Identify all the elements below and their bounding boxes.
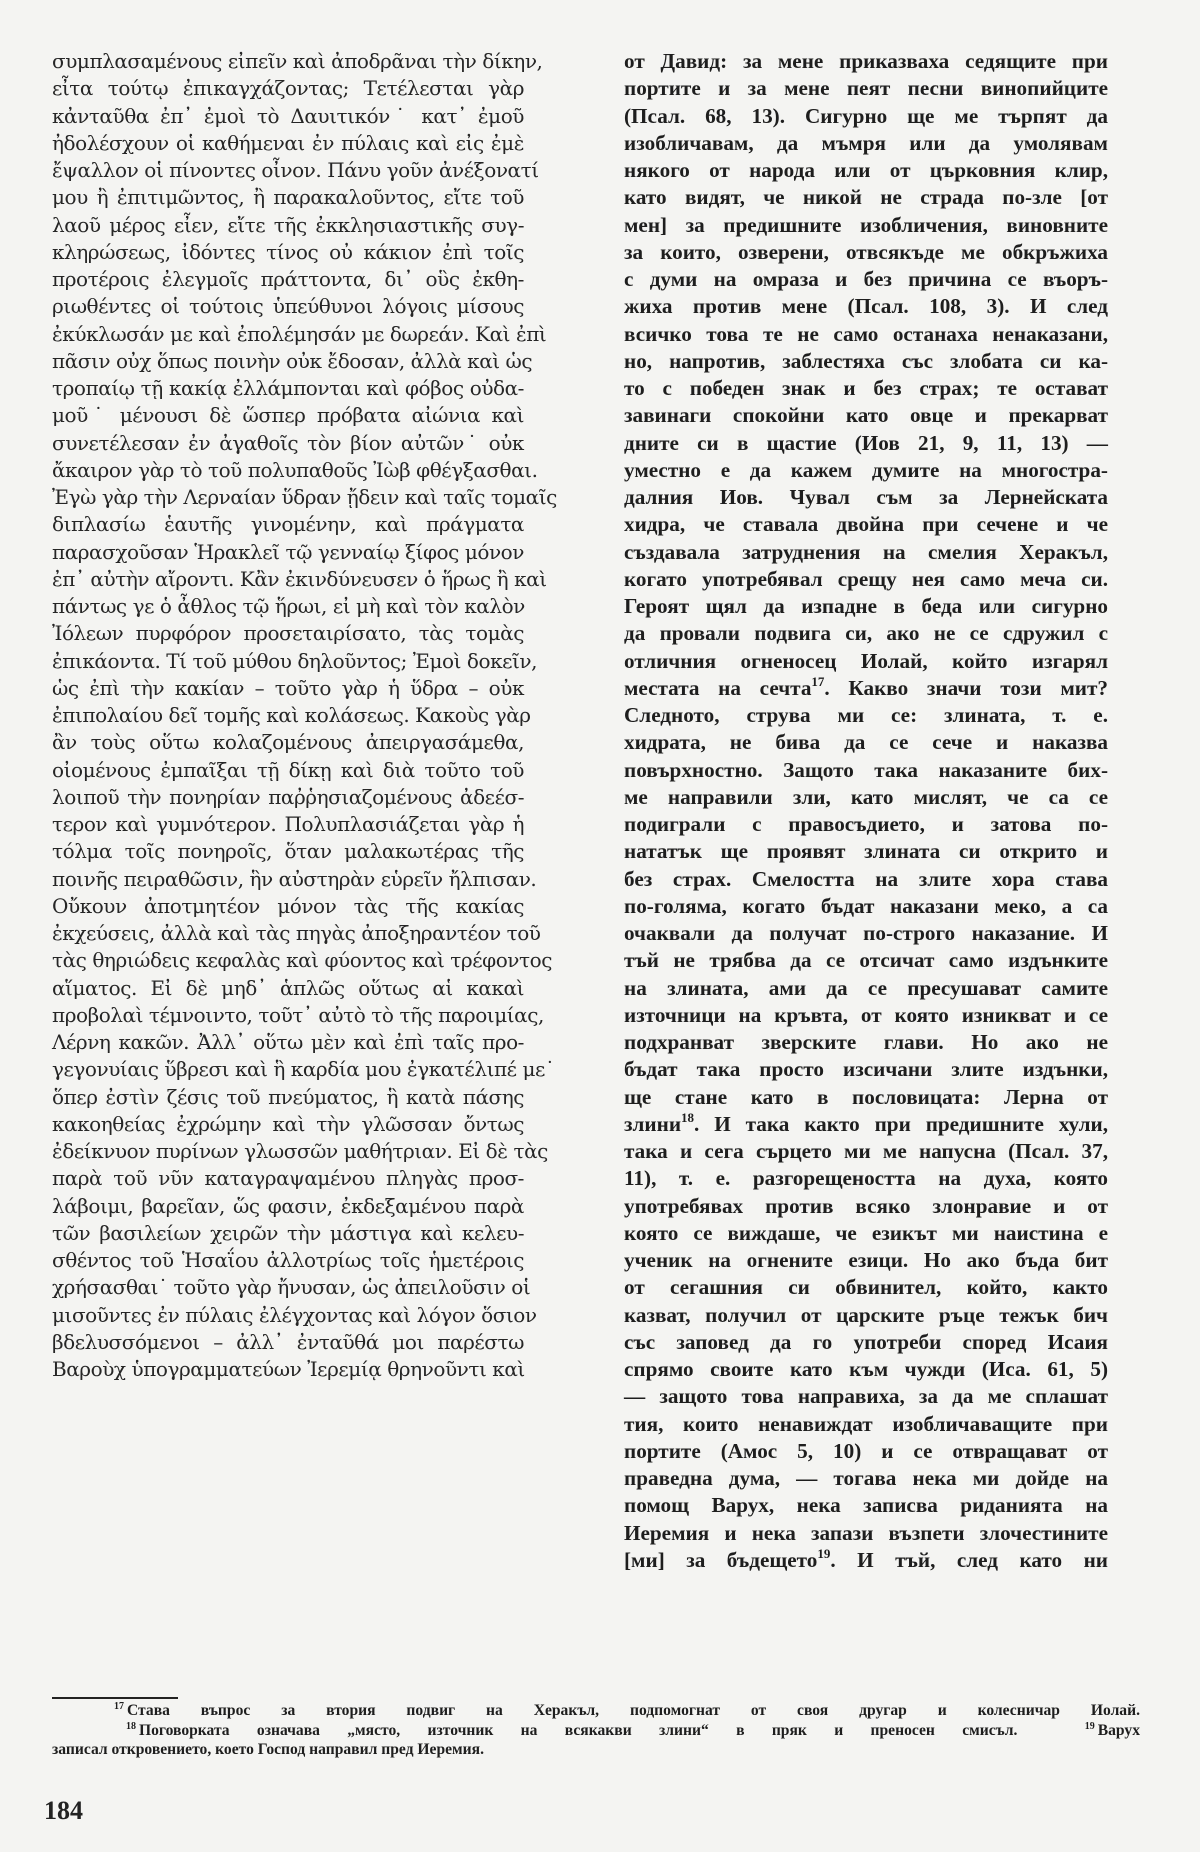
text-line: създавала затруднения на смелия Херакъл,: [624, 539, 1108, 566]
text-line: така и сега сърцето ми ме напусна (Псал.…: [624, 1138, 1108, 1165]
text-line: подхранват зверските глави. Но ако не: [624, 1029, 1108, 1056]
footnote-number: 18: [126, 1721, 136, 1732]
text-line: συμπλασαμένους εἰπεῖν καὶ ἀποδρᾶναι τὴν …: [52, 48, 524, 75]
text-line: λάβοιμι, βαρεῖαν, ὥς φασιν, ἐκδεξαμένου …: [52, 1193, 524, 1220]
text-line: дните си в щастие (Иов 21, 9, 11, 13) —: [624, 430, 1108, 457]
text-line: със заповед да го употреби според Исаия: [624, 1329, 1108, 1356]
footnote-19-continuation: записал откровението, което Господ напра…: [52, 1740, 1140, 1760]
text-line: τὰς θηριώδεις κεφαλὰς καὶ φύοντος καὶ τρ…: [52, 947, 524, 974]
text-line: употребявах против всяко злонравие и от: [624, 1193, 1108, 1220]
text-line: κληρώσεως, ἰδόντες τίνος οὐ κάκιον ἐπὶ τ…: [52, 239, 524, 266]
text-line: συνετέλεσαν ἐν ἀγαθοῖς τὸν βίον αὐτῶν˙ ο…: [52, 430, 524, 457]
footnote-text: Става въпрос за втория подвиг на Херакъл…: [127, 1702, 1140, 1719]
text-line: 11), т. е. разгорещеността на духа, коят…: [624, 1165, 1108, 1192]
text-fragment: . И тъй, след като ни: [830, 1548, 1108, 1572]
text-line: като видят, че никой не страда по-зле [о…: [624, 184, 1108, 211]
text-line: по-голяма, когато бъдат наказани меко, а…: [624, 893, 1108, 920]
text-line: Βαροὺχ ὑπογραμματεύων Ἰερεμίᾳ θρηνοῦντι …: [52, 1356, 524, 1383]
text-line: μου ἢ ἐπιτιμῶντος, ἢ παρακαλοῦντος, εἴτε…: [52, 184, 524, 211]
text-line: без страх. Смелостта на злите хора става: [624, 866, 1108, 893]
text-line: ὡς ἐπὶ τὴν κακίαν – τοῦτο γὰρ ἡ ὕδρα – ο…: [52, 675, 524, 702]
text-line: спрямо своите като към чужди (Иса. 61, 5…: [624, 1356, 1108, 1383]
text-line: ριωθέντες οἱ τούτοις ὑπεύθυνοι λόγοις μί…: [52, 293, 524, 320]
text-fragment: местата на сечта: [624, 676, 811, 700]
text-line: завинаги спокойни като овце и прекарват: [624, 402, 1108, 429]
text-line: τόλμα τοῖς πονηροῖς, ὅταν μαλακωτέρας τῆ…: [52, 838, 524, 865]
footnote-separator-rule: [52, 1697, 178, 1699]
text-line: източници на кръвта, от която изникват и…: [624, 1002, 1108, 1029]
text-line: ἐπικάοντα. Τί τοῦ μύθου δηλοῦντος; Ἐμοὶ …: [52, 648, 524, 675]
text-line: жиха против мене (Псал. 108, 3). И след: [624, 293, 1108, 320]
text-line: ἐκχεύσεις, ἀλλὰ καὶ τὰς πηγὰς ἀποξηραντέ…: [52, 920, 524, 947]
text-line: казват, получил от царските ръце тежък б…: [624, 1302, 1108, 1329]
greek-text-column: συμπλασαμένους εἰπεῖν καὶ ἀποδρᾶναι τὴν …: [52, 48, 524, 1383]
text-line: уместно е да кажем думите на многостра-: [624, 457, 1108, 484]
footnote-number: 19: [1085, 1721, 1095, 1732]
text-line: Ἰόλεων πυρφόρον προσεταιρίσατο, τὰς τομὰ…: [52, 620, 524, 647]
text-line: когато употребявал срещу нея само меча с…: [624, 566, 1108, 593]
text-line: праведна дума, — тогава нека ми дойде на: [624, 1465, 1108, 1492]
text-line: от сегашния си обвинител, който, както: [624, 1274, 1108, 1301]
text-line: на злината, ами да се пресушават самите: [624, 975, 1108, 1002]
text-line: ме направили зли, като мислят, че са се: [624, 784, 1108, 811]
text-line: λοιποῦ τὴν πονηρίαν παῤῥησιαζομένους ἀδε…: [52, 784, 524, 811]
text-line: подиграли с правосъдието, и затова по-: [624, 811, 1108, 838]
text-line: μισοῦντες ἐν πύλαις ἐλέγχοντας καὶ λόγον…: [52, 1302, 524, 1329]
text-line: ἐπ᾽ αὐτὴν αἴροντι. Κἂν ἐκινδύνευσεν ὁ ἥρ…: [52, 566, 524, 593]
footnote-text: Варух: [1098, 1722, 1140, 1739]
text-line: Иеремия и нека запази възпети злочестини…: [624, 1520, 1108, 1547]
text-line: ἔψαλλον οἱ πίνοντες οἶνον. Πάνυ γοῦν ἀνέ…: [52, 157, 524, 184]
text-line: πᾶσιν οὐχ ὅπως ποινὴν οὐκ ἔδοσαν, ἀλλὰ κ…: [52, 348, 524, 375]
text-line: но, напротив, заблестяха със злобата си …: [624, 348, 1108, 375]
text-line: повърхностно. Защото така наказаните бих…: [624, 757, 1108, 784]
text-line: κἀνταῦθα ἐπ᾽ ἐμοὶ τὸ Δαυιτικόν˙ κατ᾽ ἐμο…: [52, 103, 524, 130]
text-fragment: . Какво значи този мит?: [824, 676, 1108, 700]
text-line: χρήσασθαι˙ τοῦτο γὰρ ἤνυσαν, ὡς ἀπειλοῦσ…: [52, 1274, 524, 1301]
text-line: Ἐγὼ γὰρ τὴν Λερναίαν ὕδραν ᾔδειν καὶ ταῖ…: [52, 484, 524, 511]
bulgarian-translation-column: от Давид: за мене приказваха седящите пр…: [624, 48, 1108, 1574]
text-line: портите (Амос 5, 10) и се отвращават от: [624, 1438, 1108, 1465]
text-line: μοῦ˙ μένουσι δὲ ὥσπερ πρόβατα αἰώνια καὶ: [52, 402, 524, 429]
text-line: Λέρνη κακῶν. Ἀλλ᾽ οὕτω μὲν καὶ ἐπὶ ταῖς …: [52, 1029, 524, 1056]
text-line: ποινῆς πειραθῶσιν, ἣν αὐστηρὰν εὑρεῖν ἤλ…: [52, 866, 524, 893]
text-line: γεγονυίαις ὕβρεσι καὶ ἣ καρδία μου ἐγκατ…: [52, 1056, 524, 1083]
footnote-17: 17Става въпрос за втория подвиг на Херак…: [52, 1701, 1140, 1721]
text-line: παρὰ τοῦ νῦν καταγραψαμένου πληγὰς προσ-: [52, 1165, 524, 1192]
text-line: отличния огненосец Иолай, който изгарял: [624, 648, 1108, 675]
text-line: с думи на омраза и без причина се въоръ-: [624, 266, 1108, 293]
text-line: хидрата, не бива да се сече и наказва: [624, 729, 1108, 756]
text-line: κακοηθείας ἐχρώμην καὶ τὴν γλῶσσαν ὄντως: [52, 1111, 524, 1138]
text-line: Следното, струва ми се: злината, т. е.: [624, 702, 1108, 729]
footnote-18-19-line: 18Поговорката означава „място, източник …: [52, 1721, 1140, 1741]
text-fragment: злини: [624, 1112, 681, 1136]
text-line: λαοῦ μέρος εἶεν, εἴτε τῆς ἐκκλησιαστικῆς…: [52, 212, 524, 239]
book-page: συμπλασαμένους εἰπεῖν καὶ ἀποδρᾶναι τὴν …: [0, 0, 1200, 1852]
footnotes-block: 17Става въпрос за втория подвиг на Херак…: [52, 1701, 1140, 1760]
footnote-reference[interactable]: 17: [811, 674, 824, 689]
text-line: за които, озверени, отвсякъде ме обкръжи…: [624, 239, 1108, 266]
text-line: тия, които ненавиждат изобличаващите при: [624, 1411, 1108, 1438]
text-line: παρασχοῦσαν Ἡρακλεῖ τῷ γενναίῳ ξίφος μόν…: [52, 539, 524, 566]
text-line: διπλασίω ἑαυτῆς γινομένην, καὶ πράγματα: [52, 511, 524, 538]
text-line: ще стане като в пословицата: Лерна от: [624, 1084, 1108, 1111]
text-fragment: [ми] за бъдещето: [624, 1548, 817, 1572]
text-line: злини18. И така както при предишните хул…: [624, 1111, 1108, 1138]
text-line: далния Иов. Чувал съм за Лернейската: [624, 484, 1108, 511]
text-line: ἐδείκνυον πυρίνων γλωσσῶν μαθήτριαν. Εἰ …: [52, 1138, 524, 1165]
text-line: мен] за предишните изобличения, виновнит…: [624, 212, 1108, 239]
text-line: ἄκαιρον γὰρ τὸ τοῦ πολυπαθοῦς Ἰὼβ φθέγξα…: [52, 457, 524, 484]
text-line: ὅπερ ἐστὶν ζέσις τοῦ πνεύματος, ἣ κατὰ π…: [52, 1084, 524, 1111]
text-line: Героят щял да изпадне в беда или сигурно: [624, 593, 1108, 620]
text-line: нататък ще проявят злината си открито и: [624, 838, 1108, 865]
text-line: ἠδολέσχουν οἱ καθήμεναι ἐν πύλαις καὶ εἰ…: [52, 130, 524, 157]
text-line: хидра, че ставала двойна при сечене и че: [624, 511, 1108, 538]
page-number: 184: [44, 1796, 83, 1826]
text-line: (Псал. 68, 13). Сигурно ще ме търпят да: [624, 103, 1108, 130]
text-line: τερον καὶ γυμνότερον. Πολυπλασιάζεται γὰ…: [52, 811, 524, 838]
footnote-number: 17: [114, 1701, 124, 1712]
text-line: която се виждаше, че езикът ми наистина …: [624, 1220, 1108, 1247]
text-line: σθέντος τοῦ Ἡσαΐου ἀλλοτρίως τοῖς ἡμετέρ…: [52, 1247, 524, 1274]
text-line: някого от народа или от църковния клир,: [624, 157, 1108, 184]
text-line: — защото това направиха, за да ме сплаша…: [624, 1383, 1108, 1410]
text-line: βδελυσσόμενοι – ἀλλ᾽ ἐνταῦθά μοι παρέστω: [52, 1329, 524, 1356]
text-line: то с победен знак и без страх; те остава…: [624, 375, 1108, 402]
text-line: помощ Варух, нека записва риданията на: [624, 1492, 1108, 1519]
text-fragment: . И така както при предишните хули,: [694, 1112, 1108, 1136]
text-line: ἐπιπολαίου δεῖ τομῆς καὶ κολάσεως. Κακοὺ…: [52, 702, 524, 729]
footnote-text: Поговорката означава „място, източник на…: [139, 1722, 1017, 1739]
text-line: [ми] за бъдещето19. И тъй, след като ни: [624, 1547, 1108, 1574]
text-line: τροπαίῳ τῇ κακίᾳ ἐλλάμπονται καὶ φόβος ο…: [52, 375, 524, 402]
text-line: Οὔκουν ἀποτμητέον μόνον τὰς τῆς κακίας: [52, 893, 524, 920]
text-line: πάντως γε ὁ ἆθλος τῷ ἥρωι, εἰ μὴ καὶ τὸν…: [52, 593, 524, 620]
text-line: οἰομένους ἐμπαῖξαι τῇ δίκῃ καὶ διὰ τοῦτο…: [52, 757, 524, 784]
text-line: τῶν βασιλείων χειρῶν τὴν μάστιγα καὶ κελ…: [52, 1220, 524, 1247]
text-line: ученик на огнените езици. Но ако бъда би…: [624, 1247, 1108, 1274]
text-line: всичко това те не само останаха ненаказа…: [624, 321, 1108, 348]
footnote-reference[interactable]: 19: [817, 1546, 830, 1561]
text-line: очаквали да получат по-строго наказание.…: [624, 920, 1108, 947]
text-line: местата на сечта17. Какво значи този мит…: [624, 675, 1108, 702]
text-line: портите и за мене пеят песни винопийците: [624, 75, 1108, 102]
text-line: εἶτα τούτῳ ἐπικαγχάζοντας; Τετέλεσται γὰ…: [52, 75, 524, 102]
text-line: αἵματος. Εἰ δὲ μηδ᾽ ἁπλῶς οὕτως αἱ κακαὶ: [52, 975, 524, 1002]
text-line: от Давид: за мене приказваха седящите пр…: [624, 48, 1108, 75]
text-line: тъй не трябва да се отсичат само издънки…: [624, 947, 1108, 974]
text-line: изобличавам, да мъмря или да умолявам: [624, 130, 1108, 157]
footnote-reference[interactable]: 18: [681, 1110, 694, 1125]
text-line: бъдат така просто изсичани злите издънки…: [624, 1056, 1108, 1083]
text-line: ἂν τοὺς οὕτω κολαζομένους ἀπειργασάμεθα,: [52, 729, 524, 756]
text-line: ἐκύκλωσάν με καὶ ἐπολέμησάν με δωρεάν. Κ…: [52, 321, 524, 348]
text-line: προτέροις ἐλεγμοῖς πράττοντα, δι᾽ οὓς ἐκ…: [52, 266, 524, 293]
text-line: προβολαὶ τέμνοιντο, τοῦτ᾽ αὐτὸ τὸ τῆς πα…: [52, 1002, 524, 1029]
text-line: да провали подвига си, ако не се сдружил…: [624, 620, 1108, 647]
